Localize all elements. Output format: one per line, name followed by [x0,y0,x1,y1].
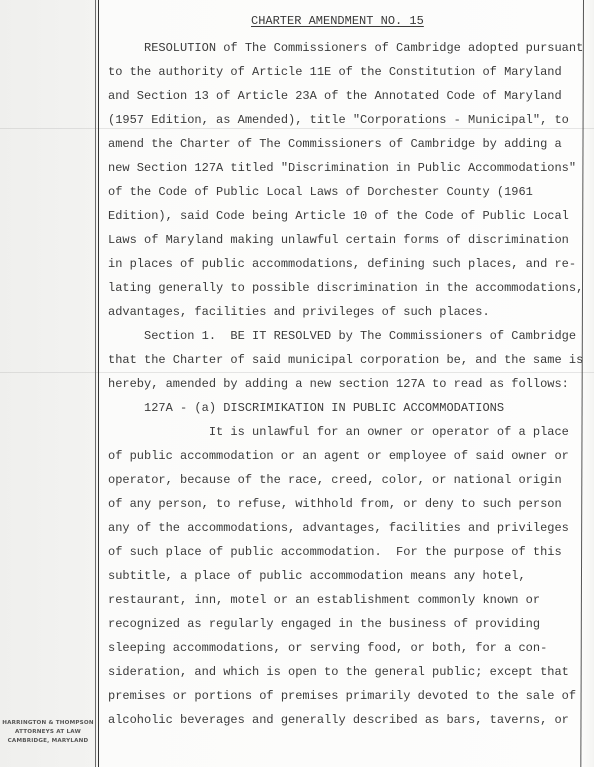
text-line: of any person, to refuse, withhold from,… [108,492,588,516]
text-line: RESOLUTION of The Commissioners of Cambr… [108,36,588,60]
text-line: new Section 127A titled "Discrimination … [108,156,588,180]
document-page: CHARTER AMENDMENT NO. 15 RESOLUTION of T… [0,0,594,767]
text-line: that the Charter of said municipal corpo… [108,348,588,372]
text-line: in places of public accommodations, defi… [108,252,588,276]
text-line: amend the Charter of The Commissioners o… [108,132,588,156]
text-line: subtitle, a place of public accommodatio… [108,564,588,588]
text-line: operator, because of the race, creed, co… [108,468,588,492]
text-line: Laws of Maryland making unlawful certain… [108,228,588,252]
text-line: lating generally to possible discriminat… [108,276,588,300]
text-line: of the Code of Public Local Laws of Dorc… [108,180,588,204]
text-line: to the authority of Article 11E of the C… [108,60,588,84]
letterhead-role: ATTORNEYS AT LAW [0,728,96,737]
text-line: premises or portions of premises primari… [108,684,588,708]
text-line: of such place of public accommodation. F… [108,540,588,564]
text-line: recognized as regularly engaged in the b… [108,612,588,636]
text-line: of public accommodation or an agent or e… [108,444,588,468]
text-line: hereby, amended by adding a new section … [108,372,588,396]
document-body: RESOLUTION of The Commissioners of Cambr… [108,36,588,732]
text-line: and Section 13 of Article 23A of the Ann… [108,84,588,108]
text-line: (1957 Edition, as Amended), title "Corpo… [108,108,588,132]
letterhead-location: CAMBRIDGE, MARYLAND [0,737,96,746]
text-line: advantages, facilities and privileges of… [108,300,588,324]
left-margin-rule [98,0,99,767]
letterhead-firm: HARRINGTON & THOMPSON [0,719,96,728]
text-line: alcoholic beverages and generally descri… [108,708,588,732]
text-line: restaurant, inn, motel or an establishme… [108,588,588,612]
text-line: sideration, and which is open to the gen… [108,660,588,684]
text-line: 127A - (a) DISCRIMIKATION IN PUBLIC ACCO… [108,396,588,420]
document-title: CHARTER AMENDMENT NO. 15 [251,13,424,29]
left-margin-rule [95,0,96,767]
letterhead: HARRINGTON & THOMPSON ATTORNEYS AT LAW C… [0,719,96,746]
text-line: Edition), said Code being Article 10 of … [108,204,588,228]
text-line: any of the accommodations, advantages, f… [108,516,588,540]
text-line: sleeping accommodations, or serving food… [108,636,588,660]
text-line: Section 1. BE IT RESOLVED by The Commiss… [108,324,588,348]
text-line: It is unlawful for an owner or operator … [108,420,588,444]
